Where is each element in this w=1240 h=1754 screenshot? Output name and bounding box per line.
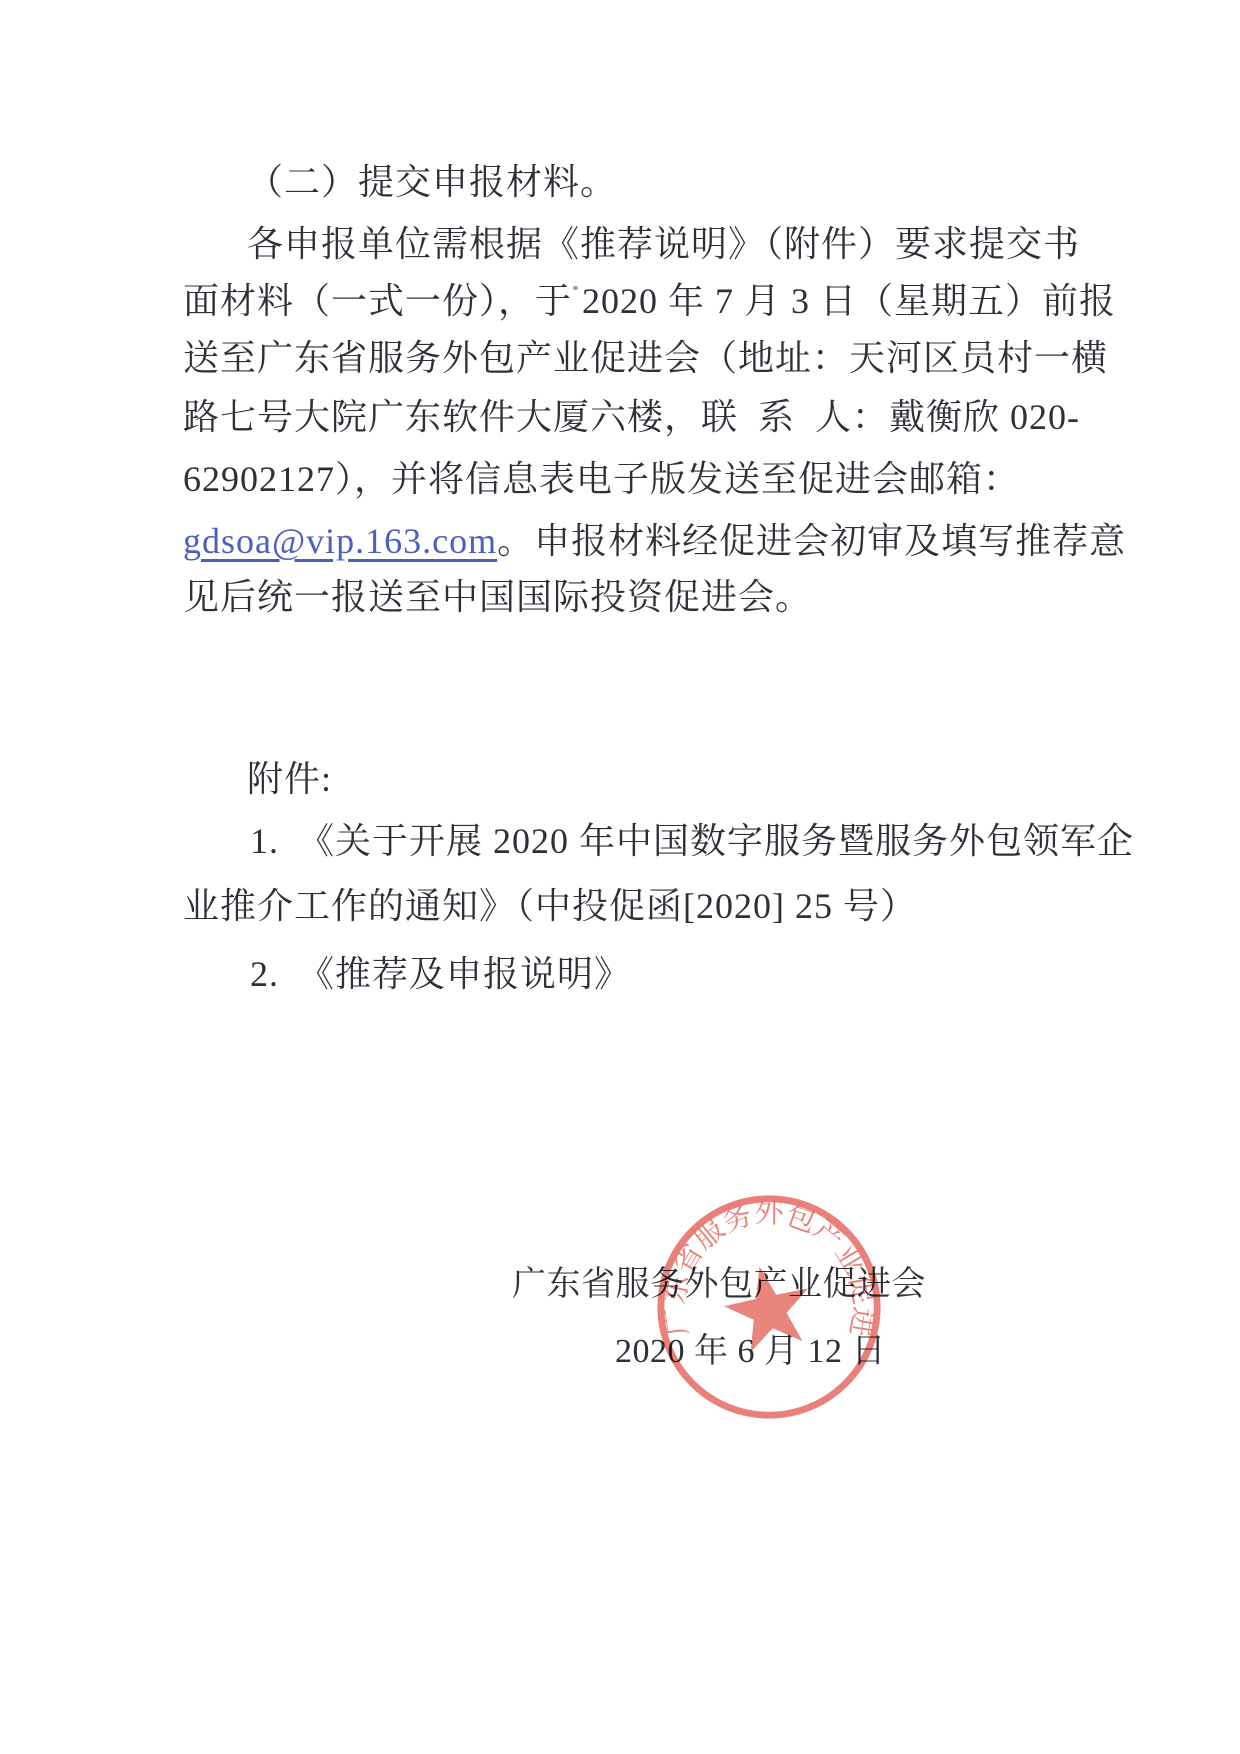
email-line-text: 。申报材料经促进会初审及填写推荐意	[497, 521, 1126, 561]
paragraph-line-2: 面材料（一式一份），于 2020 年 7 月 3 日（星期五）前报	[183, 279, 1116, 323]
paragraph-closing-line: 见后统一报送至中国国际投资促进会。	[183, 575, 812, 619]
document-page: （二）提交申报材料。 各申报单位需根据《推荐说明》（附件）要求提交书 面材料（一…	[0, 0, 1240, 1754]
paragraph-line-5: 62902127），并将信息表电子版发送至促进会邮箱：	[183, 457, 1020, 501]
section-heading: （二）提交申报材料。	[247, 160, 617, 204]
paragraph-line-4: 路七号大院广东软件大厦六楼，联 系 人：戴衡欣 020-	[183, 395, 1080, 439]
paragraph-line-3: 送至广东省服务外包产业促进会（地址：天河区员村一横	[183, 336, 1108, 380]
attachment-item-1-line-2: 业推介工作的通知》（中投促函[2020] 25 号）	[183, 884, 917, 928]
attachment-item-2: 2. 《推荐及申报说明》	[250, 952, 631, 996]
attachments-label: 附件:	[247, 757, 332, 801]
paragraph-line-email: gdsoa@vip.163.com。申报材料经促进会初审及填写推荐意	[183, 519, 1126, 563]
attachment-item-1-line-1: 1. 《关于开展 2020 年中国数字服务暨服务外包领军企	[250, 819, 1134, 863]
scan-speck	[573, 286, 578, 290]
signature-organization: 广东省服务外包产业促进会	[512, 1263, 926, 1307]
signature-date: 2020 年 6 月 12 日	[615, 1330, 886, 1374]
email-link[interactable]: gdsoa@vip.163.com	[183, 521, 497, 561]
official-seal-stamp: 广东省服务外包产业促进会	[651, 1189, 887, 1425]
seal-ring	[661, 1199, 877, 1415]
paragraph-line-1: 各申报单位需根据《推荐说明》（附件）要求提交书	[247, 222, 1080, 266]
